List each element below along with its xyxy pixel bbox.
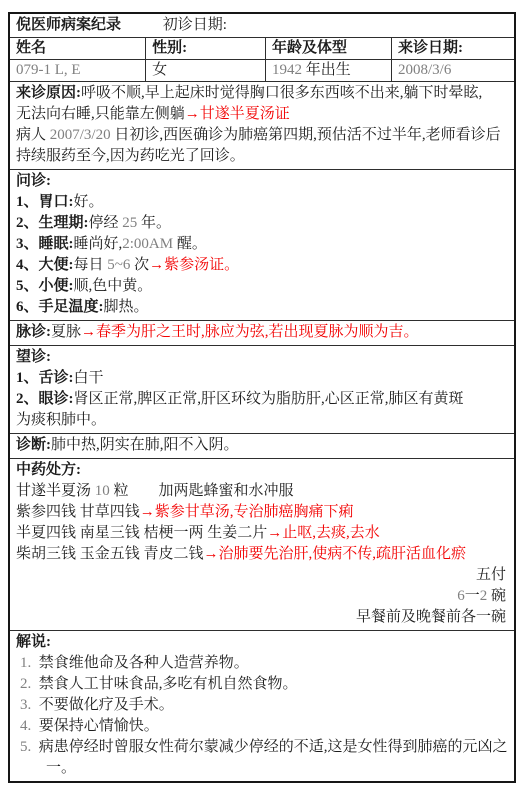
text-line: 柴胡三钱 玉金五钱 青皮二钱→治肺要先治肝,使病不传,疏肝活血化瘀 — [16, 544, 508, 565]
red-annotation: →春季为肝之王时,脉应为弦,若出现夏脉为顺为吉。 — [81, 324, 419, 340]
text-line: 2. 禁食人工甘味食品,多吃有机自然食物。 — [16, 674, 508, 695]
numeric-text: 1. — [20, 655, 39, 671]
record-sections: 来诊原因:呼吸不顺,早上起床时觉得胸口很多东西咳不出来,躺下时晕眩,无法向右睡,… — [10, 82, 514, 781]
section-pulse: 脉诊:夏脉→春季为肝之王时,脉应为弦,若出现夏脉为顺为吉。 — [10, 321, 514, 346]
text-run: 肾区正常,脾区正常,肝区环纹为脂肪肝,心区正常,肺区有黄斑 — [74, 391, 464, 407]
text-run: 不要做化疗及手术。 — [39, 697, 174, 713]
text-run: 日初诊,西医确诊为肺癌第四期,预估活不过半年,老师看诊后 — [111, 127, 501, 143]
red-annotation: →紫参甘草汤,专治肺癌胸痛下痢 — [140, 504, 354, 520]
text-run: 年出生 — [302, 62, 351, 78]
bold-label: 1、舌诊: — [16, 370, 74, 386]
text-run: 持续服药至今,因为药吃光了回诊。 — [16, 148, 245, 164]
bold-label: 解说: — [16, 634, 51, 650]
text-run: 碗 — [487, 588, 506, 604]
text-run: 女 — [152, 62, 167, 78]
text-run: 早餐前及晚餐前各一碗 — [356, 609, 506, 625]
text-line: 2、眼诊:肾区正常,脾区正常,肝区环纹为脂肪肝,心区正常,肺区有黄斑 — [16, 389, 508, 410]
text-run: 脚热。 — [104, 299, 149, 315]
text-line: 诊断:肺中热,阴实在肺,阳不入阴。 — [16, 435, 508, 456]
text-line: 病人 2007/3/20 日初诊,西医确诊为肺癌第四期,预估活不过半年,老师看诊… — [16, 125, 508, 146]
numeric-text: 079-1 L, E — [16, 62, 81, 78]
section-prescription: 中药处方:甘遂半夏汤 10 粒 加两匙蜂蜜和水冲服紫参四钱 甘草四钱→紫参甘草汤… — [10, 459, 514, 631]
red-annotation: →紫参汤证。 — [149, 257, 239, 273]
text-run: 醒。 — [173, 236, 207, 252]
text-line: 1、胃口:好。 — [16, 192, 508, 213]
red-annotation: →止呕,去痰,去水 — [267, 525, 380, 541]
text-line: 来诊原因:呼吸不顺,早上起床时觉得胸口很多东西咳不出来,躺下时晕眩, — [16, 83, 508, 104]
text-run: 白干 — [74, 370, 104, 386]
text-line: 望诊: — [16, 347, 508, 368]
numeric-text: 25 — [122, 215, 137, 231]
text-run: 病人 — [16, 127, 50, 143]
bold-label: 2、生理期: — [16, 215, 89, 231]
numeric-text: 2007/3/20 — [50, 127, 111, 143]
text-run: 停经 — [89, 215, 123, 231]
title-row: 倪医师病案纪录 初诊日期: — [10, 14, 514, 38]
text-run: 次 — [130, 257, 149, 273]
doc-title: 倪医师病案纪录 — [16, 17, 121, 33]
section-inquiry: 问诊:1、胃口:好。2、生理期:停经 25 年。3、睡眠:睡尚好,2:00AM … — [10, 170, 514, 321]
bold-label: 3、睡眠: — [16, 236, 74, 252]
text-run: 紫参四钱 甘草四钱 — [16, 504, 140, 520]
text-line: 5. 病患停经时曾服女性荷尔蒙减少停经的不适,这是女性得到肺癌的元凶之 — [16, 737, 508, 758]
numeric-text: 4. — [20, 718, 39, 734]
birth-year-value: 1942 年出生 — [265, 60, 391, 81]
patient-id-value: 079-1 L, E — [10, 60, 145, 81]
text-line: 无法向右睡,只能靠左侧躺→甘遂半夏汤证 — [16, 104, 508, 125]
record-table: 倪医师病案纪录 初诊日期: 姓名 性别: 年龄及体型 来诊日期: 079-1 L… — [8, 12, 516, 783]
bold-label: 来诊原因: — [16, 85, 81, 101]
text-line: 4. 要保持心情愉快。 — [16, 716, 508, 737]
text-line: 1、舌诊:白干 — [16, 368, 508, 389]
text-line: 紫参四钱 甘草四钱→紫参甘草汤,专治肺癌胸痛下痢 — [16, 502, 508, 523]
text-run: 好。 — [74, 194, 104, 210]
text-run: 为痰积肺中。 — [16, 412, 106, 428]
text-line: 半夏四钱 南星三钱 桔梗一两 生姜二片→止呕,去痰,去水 — [16, 523, 508, 544]
info-header-row: 姓名 性别: 年龄及体型 来诊日期: — [10, 38, 514, 60]
text-run: 要保持心情愉快。 — [39, 718, 159, 734]
name-header: 姓名 — [10, 38, 145, 59]
section-reason: 来诊原因:呼吸不顺,早上起床时觉得胸口很多东西咳不出来,躺下时晕眩,无法向右睡,… — [10, 82, 514, 170]
section-diagnosis: 诊断:肺中热,阴实在肺,阳不入阴。 — [10, 434, 514, 459]
bold-label: 4、大便: — [16, 257, 74, 273]
text-run: 一 — [465, 588, 480, 604]
numeric-text: 3. — [20, 697, 39, 713]
bold-label: 望诊: — [16, 349, 51, 365]
numeric-text: 5. — [20, 739, 39, 755]
numeric-text: 6 — [457, 588, 465, 604]
text-run: 呼吸不顺,早上起床时觉得胸口很多东西咳不出来,躺下时晕眩, — [81, 85, 482, 101]
medical-record-page: 倪医师病案纪录 初诊日期: 姓名 性别: 年龄及体型 来诊日期: 079-1 L… — [0, 0, 524, 789]
numeric-text: 2. — [20, 676, 39, 692]
bold-label: 中药处方: — [16, 462, 81, 478]
text-line: 4、大便:每日 5~6 次→紫参汤证。 — [16, 255, 508, 276]
text-line: 一。 — [16, 758, 508, 779]
bold-label: 问诊: — [16, 173, 51, 189]
text-run: 粒 加两匙蜂蜜和水冲服 — [110, 483, 294, 499]
text-run: 甘遂半夏汤 — [16, 483, 95, 499]
bold-label: 6、手足温度: — [16, 299, 104, 315]
numeric-text: 10 — [95, 483, 110, 499]
bold-label: 2、眼诊: — [16, 391, 74, 407]
text-run: 顺,色中黄。 — [74, 278, 153, 294]
text-line: 6、手足温度:脚热。 — [16, 297, 508, 318]
text-line: 脉诊:夏脉→春季为肝之王时,脉应为弦,若出现夏脉为顺为吉。 — [16, 322, 508, 343]
text-run: 肺中热,阴实在肺,阳不入阴。 — [51, 437, 239, 453]
text-run: 病患停经时曾服女性荷尔蒙减少停经的不适,这是女性得到肺癌的元凶之 — [39, 739, 508, 755]
text-line: 1. 禁食维他命及各种人造营养物。 — [16, 653, 508, 674]
gender-header: 性别: — [145, 38, 265, 59]
numeric-text: 2:00AM — [122, 236, 173, 252]
text-line: 2、生理期:停经 25 年。 — [16, 213, 508, 234]
text-line: 为痰积肺中。 — [16, 410, 508, 431]
text-line: 甘遂半夏汤 10 粒 加两匙蜂蜜和水冲服 — [16, 481, 508, 502]
section-observation: 望诊:1、舌诊:白干2、眼诊:肾区正常,脾区正常,肝区环纹为脂肪肝,心区正常,肺… — [10, 346, 514, 434]
red-annotation: →甘遂半夏汤证 — [185, 106, 290, 122]
bold-label: 5、小便: — [16, 278, 74, 294]
bold-label: 诊断: — [16, 437, 51, 453]
text-line: 解说: — [16, 632, 508, 653]
info-value-row: 079-1 L, E 女 1942 年出生 2008/3/6 — [10, 60, 514, 82]
text-run: 年。 — [137, 215, 171, 231]
text-run: 夏脉 — [51, 324, 81, 340]
numeric-text: 5~6 — [107, 257, 130, 273]
age-body-header: 年龄及体型 — [265, 38, 391, 59]
text-line: 持续服药至今,因为药吃光了回诊。 — [16, 146, 508, 167]
bold-label: 1、胃口: — [16, 194, 74, 210]
text-line: 五付 — [16, 565, 508, 586]
bold-label: 脉诊: — [16, 324, 51, 340]
section-notes: 解说:1. 禁食维他命及各种人造营养物。2. 禁食人工甘味食品,多吃有机自然食物… — [10, 631, 514, 781]
text-run: 半夏四钱 南星三钱 桔梗一两 生姜二片 — [16, 525, 267, 541]
text-run: 禁食维他命及各种人造营养物。 — [39, 655, 249, 671]
text-line: 问诊: — [16, 171, 508, 192]
gender-value: 女 — [145, 60, 265, 81]
numeric-text: 2008/3/6 — [398, 62, 451, 78]
text-run: 每日 — [74, 257, 108, 273]
text-line: 早餐前及晚餐前各一碗 — [16, 607, 508, 628]
text-line: 6一2 碗 — [16, 586, 508, 607]
text-line: 5、小便:顺,色中黄。 — [16, 276, 508, 297]
red-annotation: →治肺要先治肝,使病不传,疏肝活血化瘀 — [204, 546, 467, 562]
text-run: 无法向右睡,只能靠左侧躺 — [16, 106, 185, 122]
text-run: 一。 — [46, 760, 76, 776]
first-visit-date-label: 初诊日期: — [163, 17, 227, 33]
text-line: 中药处方: — [16, 460, 508, 481]
text-run: 柴胡三钱 玉金五钱 青皮二钱 — [16, 546, 204, 562]
text-run: 睡尚好, — [74, 236, 123, 252]
text-line: 3、睡眠:睡尚好,2:00AM 醒。 — [16, 234, 508, 255]
visit-date-value: 2008/3/6 — [391, 60, 514, 81]
text-run: 禁食人工甘味食品,多吃有机自然食物。 — [39, 676, 298, 692]
text-run: 五付 — [476, 567, 506, 583]
text-line: 3. 不要做化疗及手术。 — [16, 695, 508, 716]
visit-date-header: 来诊日期: — [391, 38, 514, 59]
numeric-text: 1942 — [272, 62, 302, 78]
